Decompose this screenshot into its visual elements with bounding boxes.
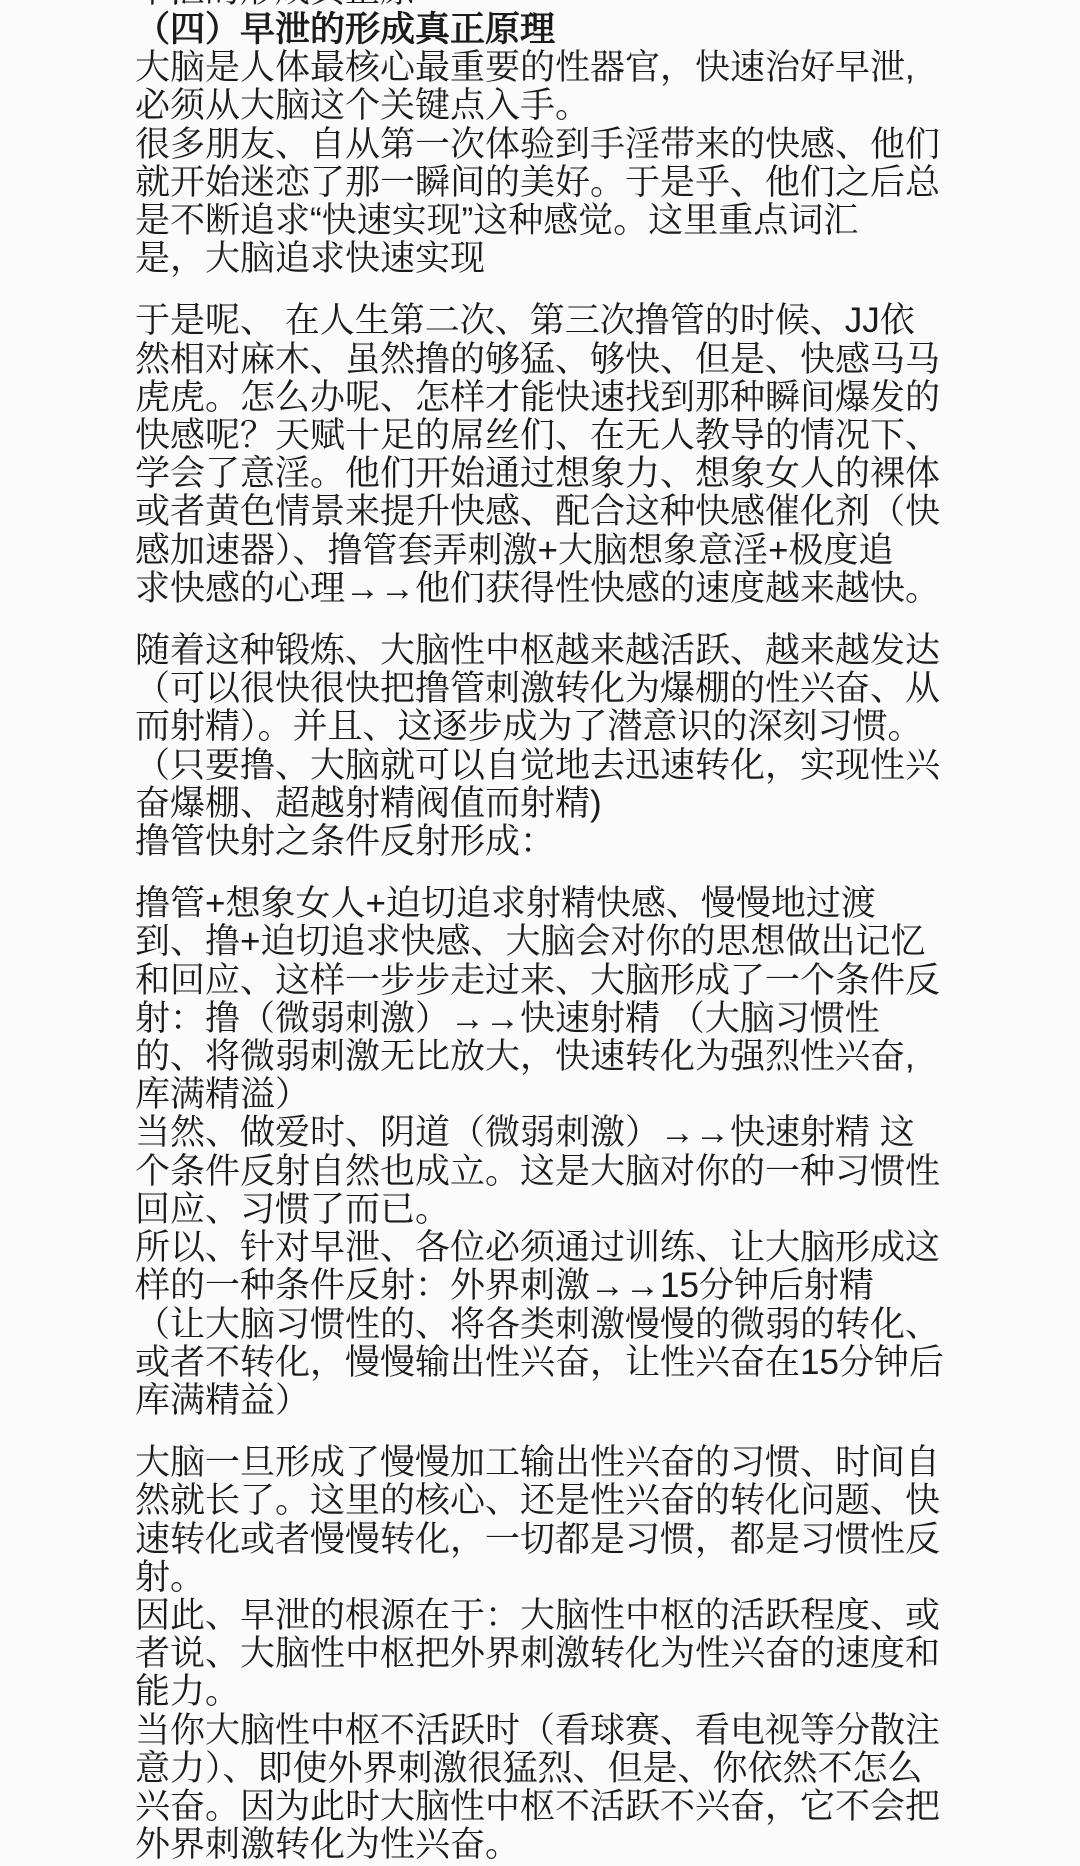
text-line: 到、撸+迫切追求快感、大脑会对你的思想做出记忆 [135,923,960,961]
text-line: 因此、早泄的根源在于：大脑性中枢的活跃程度、或 [135,1597,960,1635]
text-line: 快感呢？天赋十足的屌丝们、在无人教导的情况下、 [135,417,960,455]
text-line: 是不断追求“快速实现”这种感觉。这里重点词汇 [135,202,960,240]
text-line: 兴奋。因为此时大脑性中枢不活跃不兴奋，它不会把 [135,1788,960,1826]
text-line: 库满精益） [135,1382,960,1420]
paragraph-gap [135,278,960,302]
text-line: 大脑一旦形成了慢慢加工输出性兴奋的习惯、时间自 [135,1444,960,1482]
text-line: 个条件反射自然也成立。这是大脑对你的一种习惯性 [135,1153,960,1191]
text-line: 随着这种锻炼、大脑性中枢越来越活跃、越来越发达 [135,632,960,670]
text-line: 大脑是人体最核心最重要的性器官，快速治好早泄, [135,49,960,87]
text-line: 感加速器）、撸管套弄刺激+大脑想象意淫+极度追 [135,532,960,570]
clipped-previous-line-text: 早泄的形成真正原 [135,0,960,8]
text-line: 意力）、即使外界刺激很猛烈、但是、你依然不怎么 [135,1750,960,1788]
text-line: 和回应、这样一步步走过来、大脑形成了一个条件反 [135,962,960,1000]
text-line: 射。 [135,1559,960,1597]
text-line: 然相对麻木、虽然撸的够猛、够快、但是、快感马马 [135,341,960,379]
text-line: 必须从大脑这个关键点入手。 [135,87,960,125]
text-line: （让大脑习惯性的、将各类刺激慢慢的微弱的转化、 [135,1306,960,1344]
text-line: 是，大脑追求快速实现 [135,240,960,278]
text-line: 速转化或者慢慢转化，一切都是习惯，都是习惯性反 [135,1521,960,1559]
paragraph-gap [135,1420,960,1444]
text-line: 或者黄色情景来提升快感、配合这种快感催化剂（快 [135,493,960,531]
text-line: 就开始迷恋了那一瞬间的美好。于是乎、他们之后总 [135,164,960,202]
text-line: 于是呢、 在人生第二次、第三次撸管的时候、JJ依 [135,302,960,340]
text-line: 样的一种条件反射：外界刺激→→15分钟后射精 [135,1267,960,1305]
text-line: 撸管快射之条件反射形成： [135,823,960,861]
text-line: 或者不转化，慢慢输出性兴奋，让性兴奋在15分钟后 [135,1344,960,1382]
section-heading: （四）早泄的形成真正原理 [135,11,960,49]
text-line: 奋爆棚、超越射精阀值而射精) [135,785,960,823]
text-line: 者说、大脑性中枢把外界刺激转化为性兴奋的速度和 [135,1635,960,1673]
text-line: 能力。 [135,1673,960,1711]
text-line: 库满精溢） [135,1076,960,1114]
text-line: 外界刺激转化为性兴奋。 [135,1826,960,1864]
text-line: 求快感的心理→→他们获得性快感的速度越来越快。 [135,570,960,608]
document-page: 早泄的形成真正原 （四）早泄的形成真正原理大脑是人体最核心最重要的性器官，快速治… [0,0,1080,1866]
paragraph-gap [135,608,960,632]
text-line: 回应、习惯了而已。 [135,1191,960,1229]
text-line: （只要撸、大脑就可以自觉地去迅速转化，实现性兴 [135,747,960,785]
text-line: 而射精）。并且、这逐步成为了潜意识的深刻习惯。 [135,708,960,746]
paragraph-gap [135,861,960,885]
clipped-previous-line: 早泄的形成真正原 [135,0,960,9]
text-line: 学会了意淫。他们开始通过想象力、想象女人的裸体 [135,455,960,493]
text-line: 虎虎。怎么办呢、怎样才能快速找到那种瞬间爆发的 [135,379,960,417]
text-line: 然就长了。这里的核心、还是性兴奋的转化问题、快 [135,1482,960,1520]
text-line: 的、将微弱刺激无比放大，快速转化为强烈性兴奋, [135,1038,960,1076]
text-line: 当然、做爱时、阴道（微弱刺激）→→快速射精 这 [135,1114,960,1152]
text-line: 撸管+想象女人+迫切追求射精快感、慢慢地过渡 [135,885,960,923]
text-line: 射：撸（微弱刺激）→→快速射精 （大脑习惯性 [135,1000,960,1038]
document-body: （四）早泄的形成真正原理大脑是人体最核心最重要的性器官，快速治好早泄,必须从大脑… [135,9,960,1864]
text-line: 很多朋友、自从第一次体验到手淫带来的快感、他们 [135,126,960,164]
text-line: 所以、针对早泄、各位必须通过训练、让大脑形成这 [135,1229,960,1267]
text-line: （可以很快很快把撸管刺激转化为爆棚的性兴奋、从 [135,670,960,708]
text-line: 当你大脑性中枢不活跃时（看球赛、看电视等分散注 [135,1712,960,1750]
